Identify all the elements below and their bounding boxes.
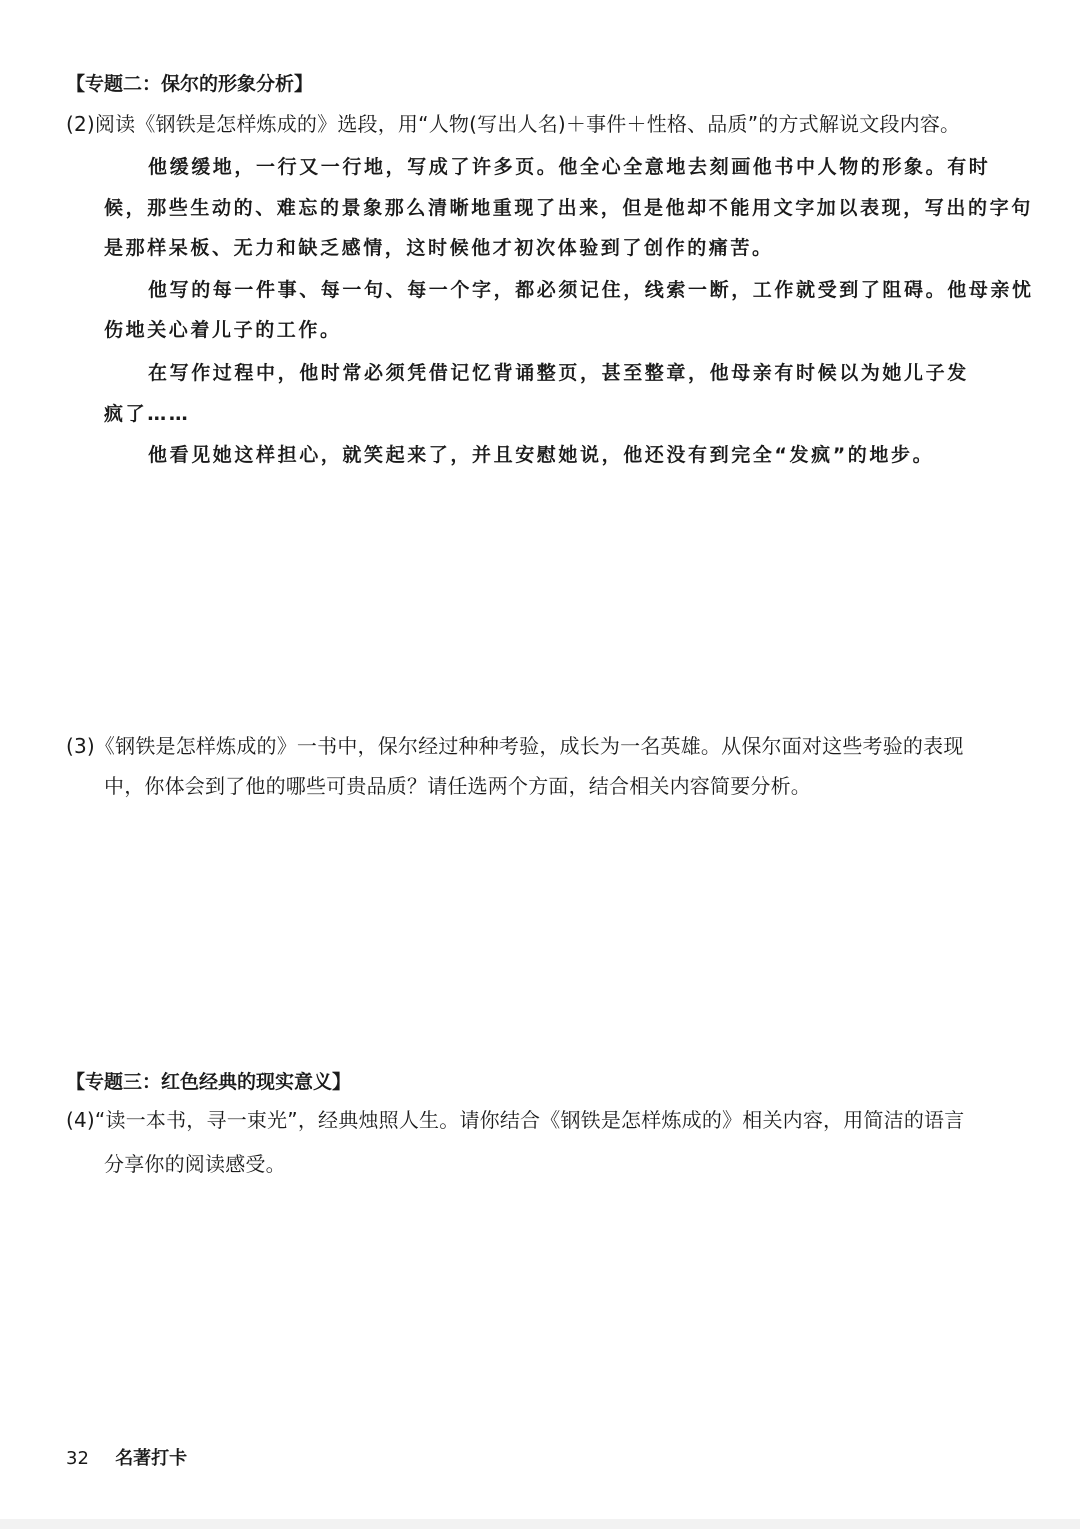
passage-line: 伤地关心着儿子的工作。 [104,318,342,342]
passage-line: 候，那些生动的、难忘的景象那么清晰地重现了出来，但是他却不能用文字加以表现，写出… [104,196,1033,220]
page-footer: 32 名著打卡 [66,1444,187,1470]
question-2: (2)阅读《钢铁是怎样炼成的》选段，用“人物(写出人名)＋事件＋性格、品质”的方… [66,112,960,136]
answer-area-2[interactable] [66,480,1056,720]
question-3-line1: (3)《钢铁是怎样炼成的》一书中，保尔经过种种考验，成长为一名英雄。从保尔面对这… [66,734,964,758]
answer-area-4[interactable] [66,1190,1056,1430]
passage-line: 疯了…… [104,402,190,426]
page-number: 32 [66,1448,89,1469]
question-4-line2: 分享你的阅读感受。 [104,1152,286,1176]
book-label: 名著打卡 [115,1448,187,1469]
passage-line: 他缓缓地，一行又一行地，写成了许多页。他全心全意地去刻画他书中人物的形象。有时 [148,155,990,179]
passage-line: 在写作过程中，他时常必须凭借记忆背诵整页，甚至整章，他母亲有时候以为她儿子发 [148,361,969,385]
answer-area-3[interactable] [66,810,1056,1060]
bottom-band [0,1519,1080,1529]
passage-line: 他看见她这样担心，就笑起来了，并且安慰她说，他还没有到完全“发疯”的地步。 [148,443,934,467]
passage-line: 他写的每一件事、每一句、每一个字，都必须记住，线索一断，工作就受到了阻碍。他母亲… [148,278,1034,302]
section2-heading: 【专题二：保尔的形象分析】 [66,72,313,96]
question-3-line2: 中，你体会到了他的哪些可贵品质？请任选两个方面，结合相关内容简要分析。 [104,774,811,798]
question-4-line1: (4)“读一本书，寻一束光”，经典烛照人生。请你结合《钢铁是怎样炼成的》相关内容… [66,1108,964,1132]
section3-heading: 【专题三：红色经典的现实意义】 [66,1070,351,1094]
passage-line: 是那样呆板、无力和缺乏感情，这时候他才初次体验到了创作的痛苦。 [104,236,774,260]
